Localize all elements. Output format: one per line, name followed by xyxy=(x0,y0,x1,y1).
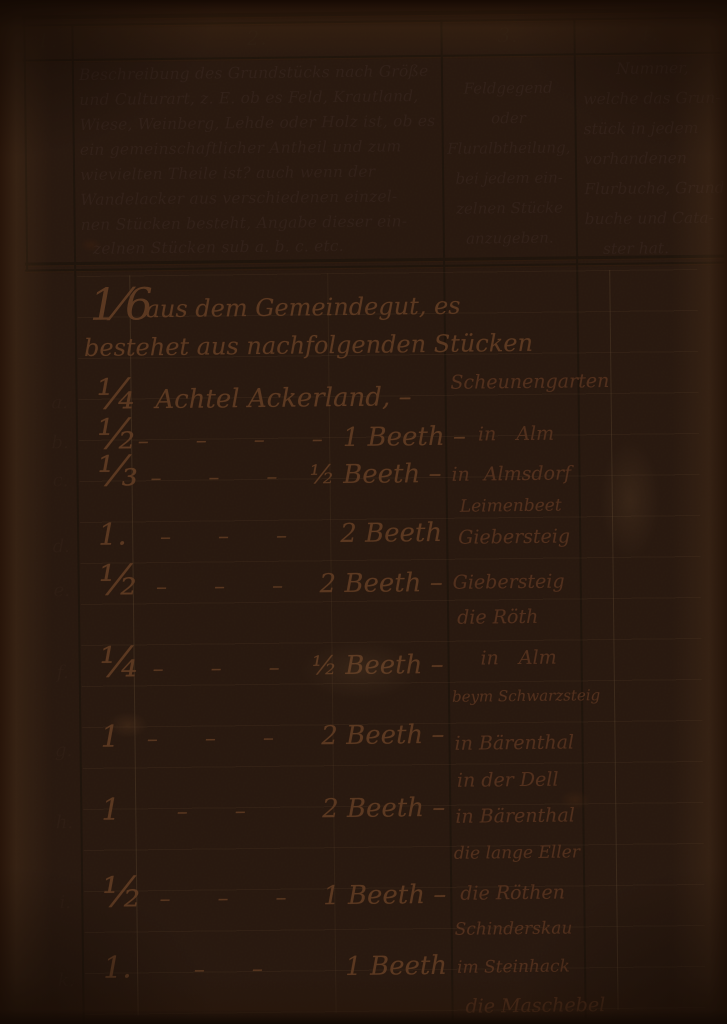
row-amount: 2 Beeth – xyxy=(322,793,445,824)
table-area: 1. 2. 3. 4. Beschreibung des Grundstücks… xyxy=(0,0,727,1024)
col4-header-line: buche und Cata- xyxy=(585,209,724,229)
flur-entry: in Alm xyxy=(453,646,583,669)
column-number-3: 3. xyxy=(442,22,573,47)
flur-entry: Scheunengarten xyxy=(450,370,580,393)
col4-header-line: stück in jedem xyxy=(583,119,722,139)
table-row: 1. – – 1 Beeth xyxy=(103,951,447,985)
row-letter: b. xyxy=(47,432,73,453)
row-amount: ½ Beeth – xyxy=(312,650,444,681)
row-amount: 1 Beeth xyxy=(345,951,447,982)
row-letter: i. xyxy=(52,892,78,913)
flur-entry: die Maschebel xyxy=(465,994,595,1017)
table-row: ½ – – – 2 Beeth – xyxy=(98,560,442,602)
flur-entry: in Almsdorf xyxy=(451,462,581,485)
flur-entry: im Steinhack xyxy=(457,956,587,977)
flur-entry: beym Schwarzsteig xyxy=(452,686,582,705)
row-text: Achtel Ackerland, – xyxy=(155,382,411,415)
row-fraction: ⅓ xyxy=(97,454,138,488)
column-number-2: 2. xyxy=(73,24,440,52)
row-letter: e. xyxy=(49,580,75,601)
col2-header-line: und Culturart, z. E. ob es Feld, Krautla… xyxy=(79,87,439,109)
row-letter: f. xyxy=(50,662,76,683)
row-fraction: 1 xyxy=(100,726,119,750)
col2-header-line: Wiese, Weinberg, Lehde oder Holz ist, ob… xyxy=(79,112,439,134)
row-fraction: ¼ xyxy=(99,645,140,679)
row-amount: ½ Beeth – xyxy=(310,459,442,490)
flur-entry: in Bärenthal xyxy=(455,804,585,827)
table-row: 1. – – – 2 Beeth xyxy=(98,518,442,552)
row-fraction: 1. xyxy=(103,956,132,980)
col4-header-line: Nummer, xyxy=(583,59,722,79)
col4-header-line: ster hat. xyxy=(585,238,727,258)
row-amount: 1 Beeth – xyxy=(343,422,466,453)
row-letter: k. xyxy=(53,970,79,991)
row-fraction: 1. xyxy=(98,523,127,547)
ditto-dashes: – – – xyxy=(143,885,323,912)
col4-header-line: welche das Grun- xyxy=(583,89,722,109)
ditto-dashes: – – – xyxy=(139,573,319,600)
col3-header-line: oder xyxy=(443,108,573,127)
col3-header-line: bei jedem ein- xyxy=(444,168,574,187)
table-row: ½ – – – 1 Beeth – xyxy=(102,872,446,914)
flur-entry: die Röth xyxy=(457,605,587,628)
column-number-1: 1. xyxy=(23,28,71,53)
col2-header-line: zelnen Stücken sub a. b. c. etc. xyxy=(93,236,453,258)
col2-header-line: Wandelacker aus verschiedenen einzel- xyxy=(80,187,440,209)
left-outer-rule xyxy=(23,16,28,272)
row-amount: 2 Beeth – xyxy=(319,568,442,599)
row-amount: 2 Beeth xyxy=(340,518,442,549)
row-fraction: ½ xyxy=(98,563,139,597)
row-letter: h. xyxy=(51,812,77,833)
ditto-dashes: – – – xyxy=(127,523,341,550)
flur-entry: in Bärenthal xyxy=(454,731,584,754)
flur-entry: Leimenbeet xyxy=(460,495,590,516)
col2-header-line: ein gemeinschaftlicher Antheil und zum xyxy=(80,137,440,159)
column-number-4: 4. xyxy=(575,21,721,47)
row-amount: 1 Beeth – xyxy=(323,880,446,911)
col3-header-line: anzugeben. xyxy=(445,228,575,247)
col2-header-line: wievielten Theile ist? auch wenn der xyxy=(80,162,440,184)
col4-header-line: vorhandenen xyxy=(584,149,723,169)
col3-header-line: zelnen Stücke xyxy=(444,198,574,217)
ditto-dashes: – – xyxy=(120,798,322,825)
col3-header-line: Feldgegend xyxy=(443,78,573,97)
row-fraction: ½ xyxy=(102,875,143,909)
intro-line: aus dem Gemeindegut, es xyxy=(145,292,460,324)
row-letter: g. xyxy=(50,740,76,761)
ditto-dashes: – – – xyxy=(119,725,321,752)
row-letter: a. xyxy=(47,392,73,413)
col4-header-line: Flurbuche, Grund- xyxy=(584,179,723,199)
row-letter: d. xyxy=(48,536,74,557)
ditto-dashes: – – – xyxy=(138,464,310,491)
intro-line: bestehet aus nachfolgenden Stücken xyxy=(84,329,533,362)
flur-entry: Giebersteig xyxy=(458,525,588,548)
flur-entry: Schinderskau xyxy=(455,918,585,939)
table-row: ¼ Achtel Ackerland, – xyxy=(96,374,440,416)
intro-fraction: 1⁄6 xyxy=(89,283,153,328)
col2-header-line: Beschreibung des Grundstücks nach Größe xyxy=(79,62,439,84)
col3-header-line: Fluralbtheilung, xyxy=(444,138,574,157)
ditto-dashes: – – – – xyxy=(138,427,343,454)
table-row: ⅓ – – – ½ Beeth – xyxy=(97,451,441,493)
flur-entry: die Röthen xyxy=(460,881,590,904)
col2-header-line: nen Stücken besteht, Angabe dieser ein- xyxy=(81,212,441,234)
flur-entry: in der Dell xyxy=(457,768,587,791)
flur-entry: die lange Eller xyxy=(454,842,584,863)
ditto-dashes: – – xyxy=(132,956,346,983)
flur-entry: Giebersteig xyxy=(453,570,583,593)
row-letter: c. xyxy=(47,470,73,491)
row-fraction: ¼ xyxy=(96,377,137,411)
ditto-dashes: – – – xyxy=(140,655,312,682)
table-row: ¼ – – – ½ Beeth – xyxy=(99,642,443,684)
row-fraction: 1 xyxy=(101,799,120,823)
table-row: 1 – – – 2 Beeth – xyxy=(100,720,444,754)
flur-entry: in Alm xyxy=(451,422,581,445)
manuscript-page: 1. 2. 3. 4. Beschreibung des Grundstücks… xyxy=(0,0,727,1024)
row-amount: 2 Beeth – xyxy=(321,720,444,751)
table-row: ½ – – – – 1 Beeth – xyxy=(97,414,441,456)
table-row: 1 – – 2 Beeth – xyxy=(101,793,445,827)
